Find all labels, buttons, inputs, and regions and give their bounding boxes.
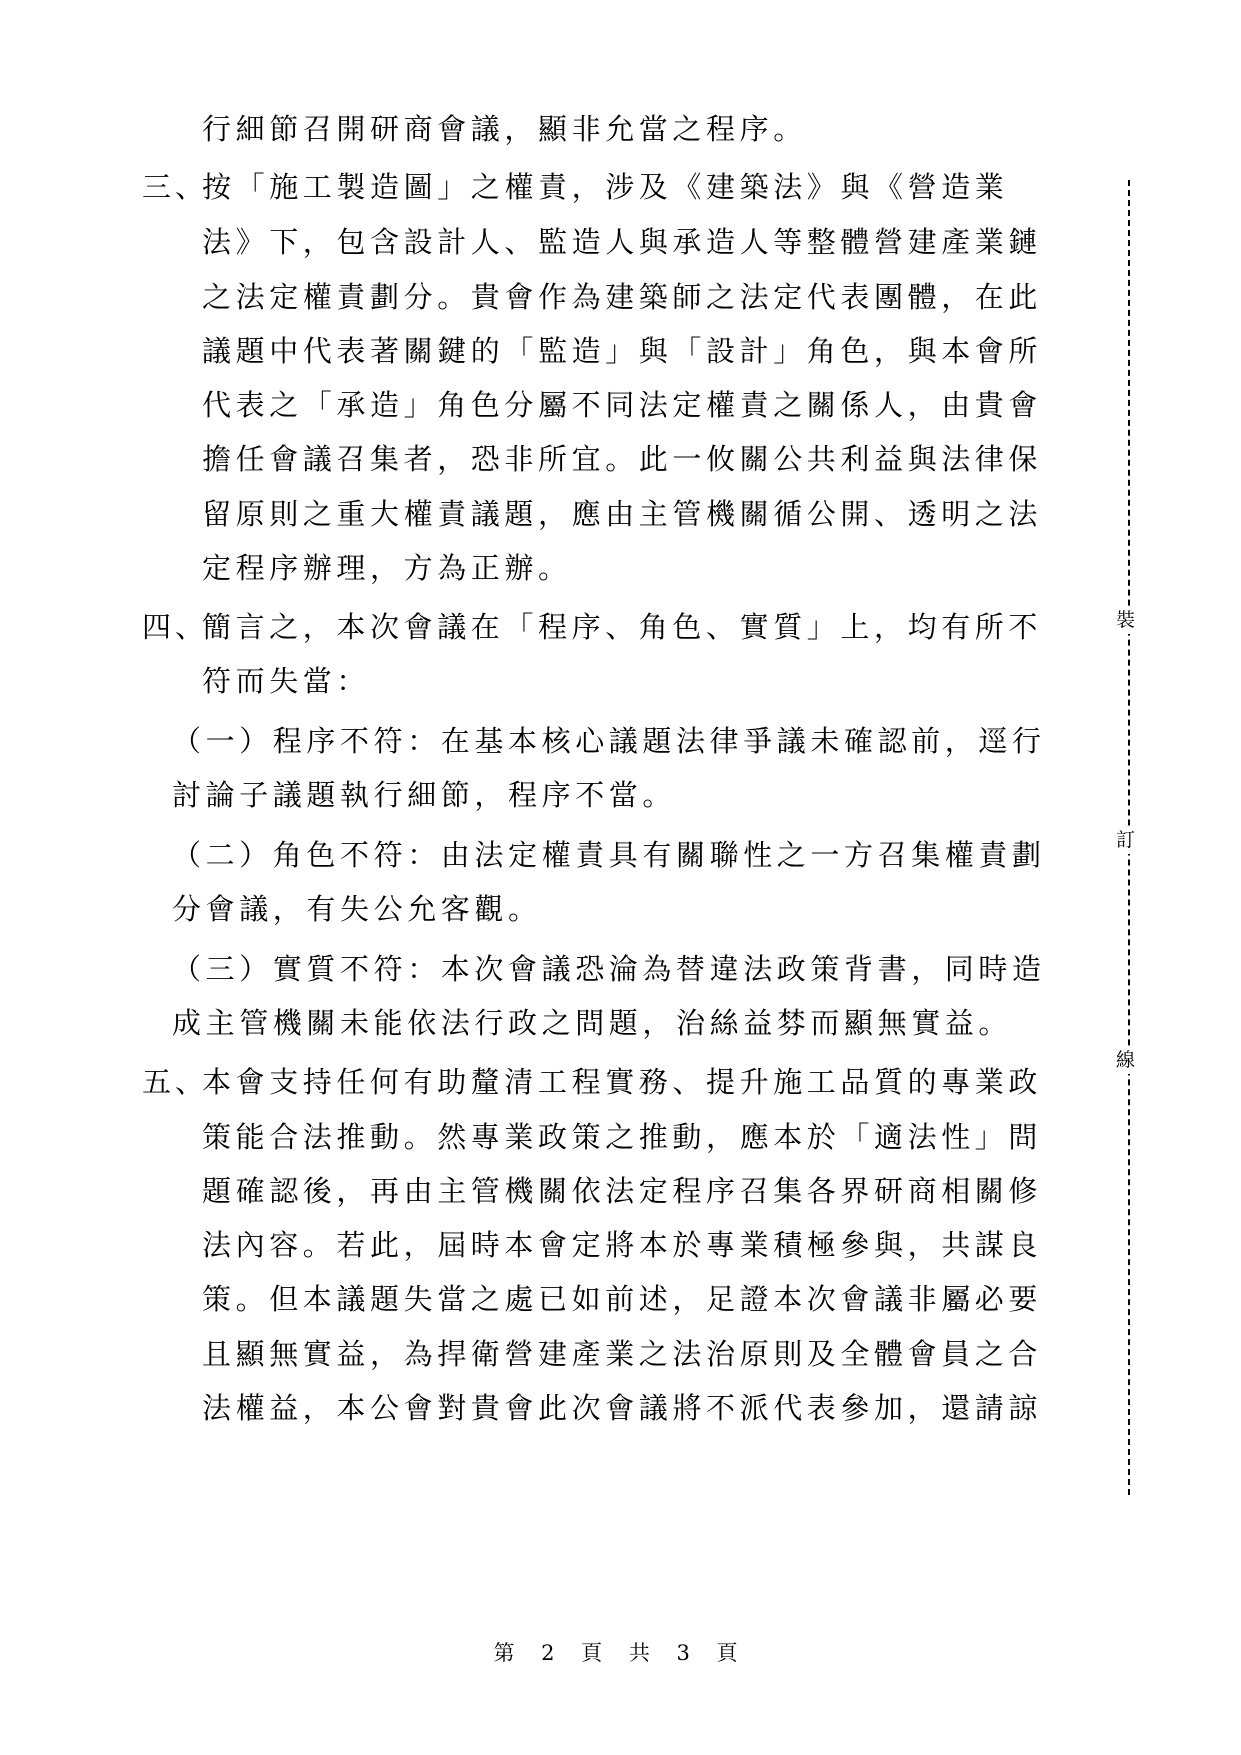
section-line: 定程序辦理，方為正辦。: [202, 551, 572, 585]
subitem-line: （一）程序不符：在基本核心議題法律爭議未確認前，逕行: [172, 724, 1046, 758]
subitem-line: （三）實質不符：本次會議恐淪為替違法政策背書，同時造: [172, 952, 1046, 986]
section-line: 代表之「承造」角色分屬不同法定權責之關係人，由貴會: [202, 388, 1042, 422]
binding-label-xian: 線: [1116, 1046, 1135, 1074]
section-line: 策能合法推動。然專業政策之推動，應本於「適法性」問: [202, 1120, 1042, 1154]
section-line: 簡言之，本次會議在「程序、角色、實質」上，均有所不: [202, 610, 1042, 644]
continuation-line: 行細節召開研商會議，顯非允當之程序。: [202, 112, 807, 146]
section-number: 四、: [142, 610, 208, 644]
section-line: 策。但本議題失當之處已如前述，足證本次會議非屬必要: [202, 1282, 1042, 1316]
section-line: 留原則之重大權責議題，應由主管機關循公開、透明之法: [202, 497, 1042, 531]
subitem-line: 討論子議題執行細節，程序不當。: [172, 778, 676, 812]
section-line: 題確認後，再由主管機關依法定程序召集各界研商相關修: [202, 1174, 1042, 1208]
section-line: 法內容。若此，屆時本會定將本於專業積極參與，共謀良: [202, 1228, 1042, 1262]
subitem-line: 成主管機關未能依法行政之問題，治絲益棼而顯無實益。: [172, 1006, 1012, 1040]
subitem-line: （二）角色不符：由法定權責具有關聯性之一方召集權責劃: [172, 838, 1046, 872]
binding-label-ding: 訂: [1116, 826, 1135, 854]
section-line: 議題中代表著關鍵的「監造」與「設計」角色，與本會所: [202, 334, 1042, 368]
section-line: 且顯無實益，為捍衛營建產業之法治原則及全體會員之合: [202, 1337, 1042, 1371]
section-number: 三、: [142, 170, 208, 204]
section-line: 按「施工製造圖」之權責，涉及《建築法》與《營造業: [202, 170, 1008, 204]
section-line: 法》下，包含設計人、監造人與承造人等整體營建產業鏈: [202, 225, 1042, 259]
section-line: 擔任會議召集者，恐非所宜。此一攸關公共利益與法律保: [202, 442, 1042, 476]
page-number-footer: 第 2 頁 共 3 頁: [0, 1637, 1241, 1667]
binding-label-zhuang: 裝: [1116, 606, 1135, 634]
section-line: 之法定權責劃分。貴會作為建築師之法定代表團體，在此: [202, 280, 1042, 314]
section-line: 符而失當：: [202, 664, 370, 698]
section-number: 五、: [142, 1065, 208, 1099]
section-line: 法權益，本公會對貴會此次會議將不派代表參加，還請諒: [202, 1391, 1042, 1425]
section-line: 本會支持任何有助釐清工程實務、提升施工品質的專業政: [202, 1065, 1042, 1099]
subitem-line: 分會議，有失公允客觀。: [172, 892, 542, 926]
